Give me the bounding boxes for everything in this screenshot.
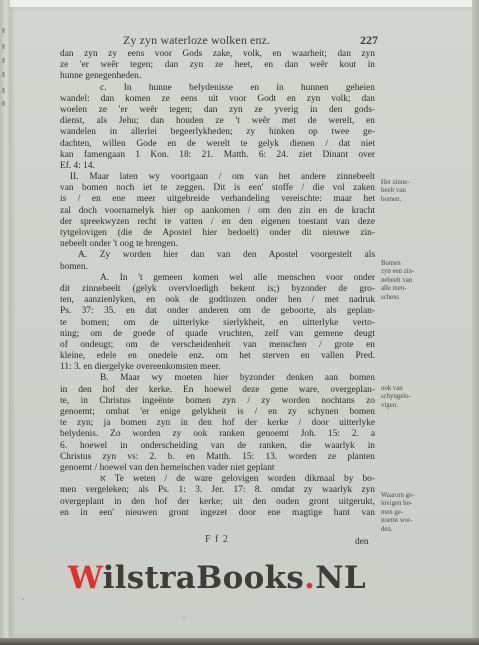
text-line: of ondeugt; om de verscheidenheit van me… [60, 340, 375, 351]
catchword: den [355, 537, 369, 547]
text-line: B. Maar wy moeten hier byzonder denken a… [60, 373, 375, 384]
text-line: dachten, willen Gode en de werelt te gel… [60, 139, 375, 150]
text-line: bomen. [60, 262, 375, 273]
text-line: 6. hoewel in onderscheiding van de ranke… [60, 441, 375, 452]
text-line: genoemt; ombat 'er enige gelykheit is / … [60, 407, 375, 418]
text-line: in den hof der kerke. En hoewel deze gen… [60, 385, 375, 396]
page-right-edge [472, 0, 479, 645]
text-line: van bomen noch iet te zeggen. Dit is een… [60, 183, 375, 194]
page-number: 227 [360, 33, 378, 48]
text-line: is / en ene meer uitgebreide verhandelin… [60, 194, 375, 205]
watermark-dot: . [304, 560, 315, 596]
text-line: belydenis. Zo worden zy ook ranken genoe… [60, 429, 375, 440]
margin-note: Waarom ge- lovigen bo- men ge- noemt wor… [381, 492, 433, 534]
signature-mark: F f 2 [205, 534, 229, 545]
text-line: Christus zyn vs: 2. b. en Matth. 15: 13.… [60, 452, 375, 463]
text-line: zal doch voornamelyk hier op aankomen / … [60, 206, 375, 217]
running-head-title: Zy zyn waterloze wolken enz. [123, 33, 270, 48]
body-text: dan zyn zy eens voor Gods zake, volk, en… [60, 49, 375, 519]
text-line: ning; om de goede of quade vruchten, zel… [60, 329, 375, 340]
text-line: wandelen in allerlei begeerlykheden; zy … [60, 127, 375, 138]
text-line: genoemt / hoewel van den hemelschen vade… [60, 463, 375, 474]
text-line: ten, aanzienlyken, en ook de godtlozen o… [60, 295, 375, 306]
scan-top-border [0, 0, 479, 7]
text-line: A. Zy worden hier dan van den Apostel vo… [60, 250, 375, 261]
paper-speck [183, 617, 185, 619]
text-line: tytgelovigen (die de Apostel hier bedoel… [60, 228, 375, 239]
text-line: te, in Christus ingeënte bomen zyn / zy … [60, 396, 375, 407]
text-line: kleine, edele en onedele enz. om het ste… [60, 351, 375, 362]
paper-speck [22, 598, 24, 600]
watermark-name: ilstraBooks [103, 560, 305, 596]
text-line: dit zinnebeelt (gelyk overvloedigh beken… [60, 284, 375, 295]
text-line: en in een' nieuwen gront ingezet door en… [60, 508, 375, 519]
text-line: der spreekwyzen recht te vatten / en den… [60, 217, 375, 228]
text-line: te bomen; om de uitterlyke sierlykheit, … [60, 318, 375, 329]
text-line: Ef. 4: 14. [60, 161, 375, 172]
text-line: א Te weten / de ware gelovigen worden di… [60, 474, 375, 485]
margin-note: ook van schyngelo- vigen. [381, 385, 433, 410]
text-line: Ps. 37: 35. en dat onder anderen om de g… [60, 306, 375, 317]
text-line: A. In 't gemeen komen wel alle menschen … [60, 273, 375, 284]
text-line: c. In hunne belydenisse en in hunnen geh… [60, 83, 375, 94]
text-line: nebeelt onder 't oog te brengen. [60, 239, 375, 250]
text-line: dan zyn zy eens voor Gods zake, volk, en… [60, 49, 375, 60]
watermark-logo: WilstraBooks.NL [68, 560, 366, 596]
text-line: overgeplant in den hof der kerke; uit de… [60, 497, 375, 508]
text-line: woelen ze 'er weêr tegen; dan zyn ze yve… [60, 105, 375, 116]
text-line: 11: 3. en diergelyke overeenkomsten meer… [60, 362, 375, 373]
text-line: hunne genegenheden. [60, 71, 375, 82]
watermark-suffix: NL [315, 560, 366, 596]
page-bottom-edge [0, 638, 479, 645]
text-line: dienst, als Jehu; dan houden ze 't weêr … [60, 116, 375, 127]
text-line: kan famengaan 1 Kon. 18: 21. Matth. 6: 2… [60, 150, 375, 161]
text-line: te zyn; ja bomen zyn in den hof der kerk… [60, 418, 375, 429]
watermark-first-letter: W [68, 560, 103, 596]
margin-note: Het zinne- beelt van bomen. [381, 179, 433, 204]
text-line: wandel: dan komen ze eens uit voor Godt … [60, 94, 375, 105]
text-line: ze 'er weêr tegen; dan zyn ze heet, en d… [60, 60, 375, 71]
margin-note: Bomen zyn een zin- nebeelt van alle men-… [381, 260, 433, 302]
text-line: II. Maar laten wy voortgaan / om van het… [60, 172, 375, 183]
text-line: men vergeleken; als Ps. 1: 3. Jer. 17: 8… [60, 485, 375, 496]
